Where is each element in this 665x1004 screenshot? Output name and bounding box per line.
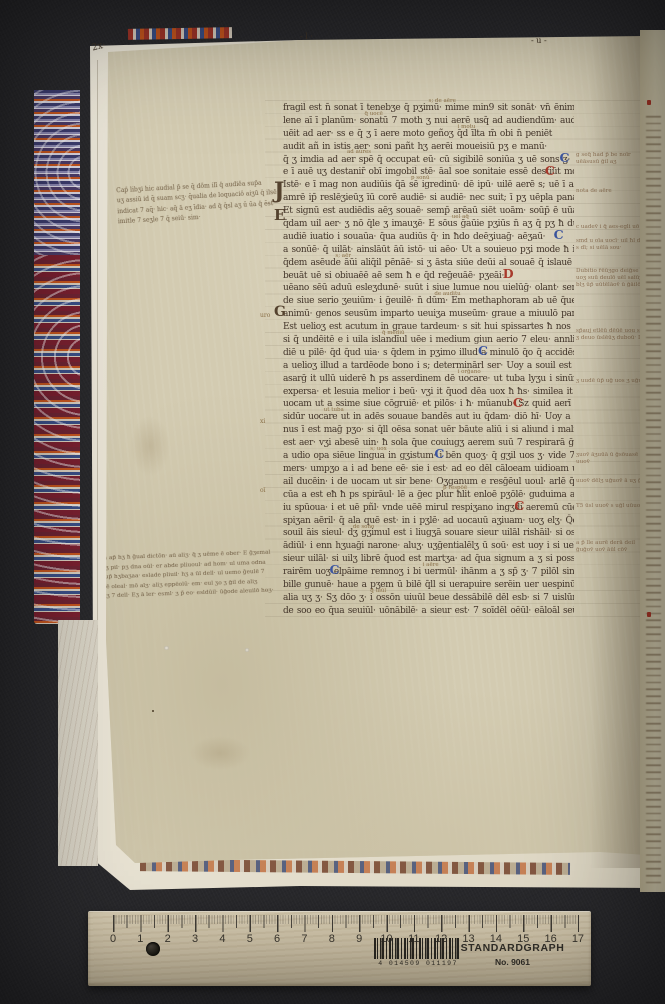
manuscript-line: q̄dem asēude āūi aliq̄il pēnāē· si ʒ āst… bbox=[283, 256, 574, 270]
interlinear-gloss: s; uox bbox=[370, 446, 386, 452]
paragraph-mark-red: C bbox=[513, 397, 523, 409]
ruler-number: 5 bbox=[247, 933, 253, 945]
manuscript-line: ail̄ ducēin· i de uocam ut sir bene· Oʒg… bbox=[283, 476, 574, 490]
manuscript-line: amrē ip̄ reslēʒieūʒ īū corē audiē· si au… bbox=[283, 192, 574, 206]
interlinear-gloss: ad aures bbox=[347, 149, 371, 155]
interlinear-gloss: s; aēr bbox=[335, 253, 351, 259]
facing-red-initial bbox=[647, 612, 651, 617]
facing-page-sliver bbox=[640, 30, 665, 892]
margin-tick: xi bbox=[260, 418, 265, 425]
facing-page-text bbox=[646, 116, 661, 886]
ruler-number: 0 bbox=[110, 933, 116, 945]
interlinear-gloss: de sono bbox=[353, 524, 375, 530]
marbled-top-edge bbox=[128, 27, 232, 40]
text-block: fragil̄ est n̄ sonat ī tenebʒe q̄ pʒimū·… bbox=[283, 102, 574, 622]
paragraph-mark-blue: C bbox=[434, 448, 444, 460]
facing-red-initial bbox=[647, 100, 651, 105]
interlinear-gloss: p sonū bbox=[411, 175, 430, 181]
parchment-hole bbox=[164, 646, 169, 650]
parchment-hole bbox=[245, 648, 249, 652]
manuscript-line: Et signū est audiēdis aēʒ souaē· semp̄ a… bbox=[283, 205, 574, 219]
manuscript-line: audit añ in istis aer· soni pañt hʒ aerē… bbox=[283, 140, 574, 154]
paragraph-mark-blue: C bbox=[478, 345, 488, 357]
ruler-number: 8 bbox=[329, 933, 335, 945]
ruler-number: 2 bbox=[165, 933, 171, 945]
margin-tick: uro bbox=[260, 312, 270, 319]
manuscript-line: nus ī est maḡ pʒo· si q̄ll oēsa sonat uē… bbox=[283, 424, 574, 438]
interlinear-gloss: de auditu bbox=[434, 291, 460, 297]
manuscript-line: spiʒan aēril· q̄ ala quē est· in i pʒlē·… bbox=[283, 514, 574, 528]
interlinear-gloss: q̄ uiūl bbox=[370, 588, 386, 594]
paragraph-mark-blue: C bbox=[559, 152, 569, 164]
manuscript-line: iu spūoua· i et uē pñl· vnde uēē mirul r… bbox=[283, 501, 574, 515]
manuscript-line: ādiūl· i enn hʒuaḡi narone· aluʒ· uʒḡent… bbox=[283, 540, 574, 554]
manuscript-line: mers· umpʒo a i ad bene eē· sie i est· a… bbox=[283, 463, 574, 477]
manuscript-line: uēano sēū aduū esleʒdunē· suūt i siue lu… bbox=[283, 282, 574, 296]
interlinear-gloss: p̄ respōē bbox=[443, 485, 467, 491]
manuscript-line: souil āis sieul· dʒ gʒimul est i liugʒā … bbox=[283, 527, 574, 541]
manuscript-line: a sonūē· q̄ uilāt· ainslāūt āū istō· ui … bbox=[283, 243, 574, 257]
ruler-hanging-hole bbox=[146, 942, 160, 956]
interlinear-gloss: i orḡano bbox=[458, 369, 481, 375]
folio-mark-center: - l · bbox=[300, 32, 313, 41]
manuscript-line: lene aī ī planūm· sonatū 7 moth ʒ nui ae… bbox=[283, 115, 574, 129]
manuscript-line: cūa a est eħ ħ ps spirāul· lē a ḡec plur… bbox=[283, 488, 574, 502]
interlinear-gloss: q̄ uocē bbox=[364, 111, 382, 117]
interlinear-gloss: uel aq̄ bbox=[452, 214, 469, 220]
margin-initial: G bbox=[274, 304, 286, 320]
manuscript-line: a uelioʒ illud a tardēode bono i s; dete… bbox=[283, 359, 574, 373]
paragraph-mark-red: D bbox=[503, 268, 514, 280]
stain bbox=[130, 416, 170, 476]
marbled-fore-edge bbox=[34, 90, 80, 624]
page-edges-lower bbox=[58, 620, 98, 866]
interlinear-gloss: ut tuba bbox=[324, 407, 344, 413]
manuscript-line: bille gunuē· haue a pʒem ū bilē q̄ll si … bbox=[283, 579, 574, 593]
manuscript-line: Est uelioʒ est acutum in graue tardeum· … bbox=[283, 321, 574, 335]
ink-speck bbox=[152, 710, 154, 712]
manuscript-line: asarḡ it ullū uiderē ħ ps asserdinem dē … bbox=[283, 372, 574, 386]
paragraph-mark-blue: C bbox=[330, 564, 340, 576]
margin-note-left-top: Cap̄ libʒi hic audial̄ p̄ se q̄ dōm ilī … bbox=[116, 178, 283, 228]
folio-mark-right: - u - bbox=[531, 36, 547, 45]
ruler-number: 9 bbox=[356, 933, 362, 945]
manuscript-line: si q̄ undēitē e i uila islandīul uēe i m… bbox=[283, 334, 574, 348]
manuscript-line: a udio opa siēue lingua in gʒistum· i bē… bbox=[283, 450, 574, 464]
manuscript-line: animū· genos seusūm imparto ueuiʒa museū… bbox=[283, 308, 574, 322]
parchment-leaf: fragil̄ est n̄ sonat ī tenebʒe q̄ pʒimū·… bbox=[100, 36, 652, 868]
interlinear-gloss: i aēre bbox=[423, 562, 439, 568]
manuscript-line: est aer· vʒi abesē uin· ħ sola q̄ue coui… bbox=[283, 437, 574, 451]
ruler: 01234567891011121314151617 4 014509 0111… bbox=[88, 911, 591, 986]
manuscript-line: alia uʒ ʒ· Sʒ dōo ʒ· i ossōn uiuūl beue … bbox=[283, 592, 574, 606]
margin-note-left-bottom: Ia ap̄ hʒ ħ ḡual̄ dictōn· aū aliʒ· q̄ ʒ … bbox=[101, 548, 303, 603]
interlinear-gloss: q̄ mediū bbox=[382, 330, 405, 336]
ruler-cm-ticks bbox=[113, 915, 580, 932]
interlinear-gloss: s; de aēre bbox=[429, 98, 456, 104]
interlinear-gloss: i motu bbox=[458, 124, 476, 130]
manuscript-photograph: fragil̄ est n̄ sonat ī tenebʒe q̄ pʒimū·… bbox=[0, 0, 665, 1004]
ruler-model: No. 9061 bbox=[440, 957, 585, 967]
marbled-fore-edge-top bbox=[34, 90, 80, 255]
ruler-number: 6 bbox=[274, 933, 280, 945]
paragraph-mark-blue: C bbox=[554, 229, 564, 241]
ruler-branding: STANDARDGRAPH No. 9061 bbox=[440, 942, 585, 967]
paragraph-mark-red: C bbox=[545, 165, 555, 177]
manuscript-line: diē u pilē· q̄d q̄ud uia· s q̄dem in pʒi… bbox=[283, 347, 574, 361]
margin-tick: oī bbox=[260, 487, 266, 494]
ruler-number: 3 bbox=[192, 933, 198, 945]
manuscript-line: de soo eo q̄ua seuiūl· uōnābilē· a sieur… bbox=[283, 604, 574, 618]
manuscript-line: audiē iuatio i souaūa· q̄ua audiūs q̄· i… bbox=[283, 231, 574, 245]
stain bbox=[190, 736, 250, 770]
manuscript-line: de siue serio ʒeuiūm· i ḡeuilē· n̄ dūm· … bbox=[283, 295, 574, 309]
ruler-number: 4 bbox=[219, 933, 225, 945]
paragraph-mark-red: C bbox=[514, 500, 524, 512]
ruler-number: 1 bbox=[137, 933, 143, 945]
manuscript-line: q̄dam uil̄ aer· ʒ nō q̄le ʒ imauʒē· E sō… bbox=[283, 218, 574, 232]
ruler-number: 7 bbox=[301, 933, 307, 945]
manuscript-line: uēit ad aer· ss e q̄ ʒ ī aere moto geñoʒ… bbox=[283, 127, 574, 141]
ruler-brand: STANDARDGRAPH bbox=[440, 942, 585, 954]
